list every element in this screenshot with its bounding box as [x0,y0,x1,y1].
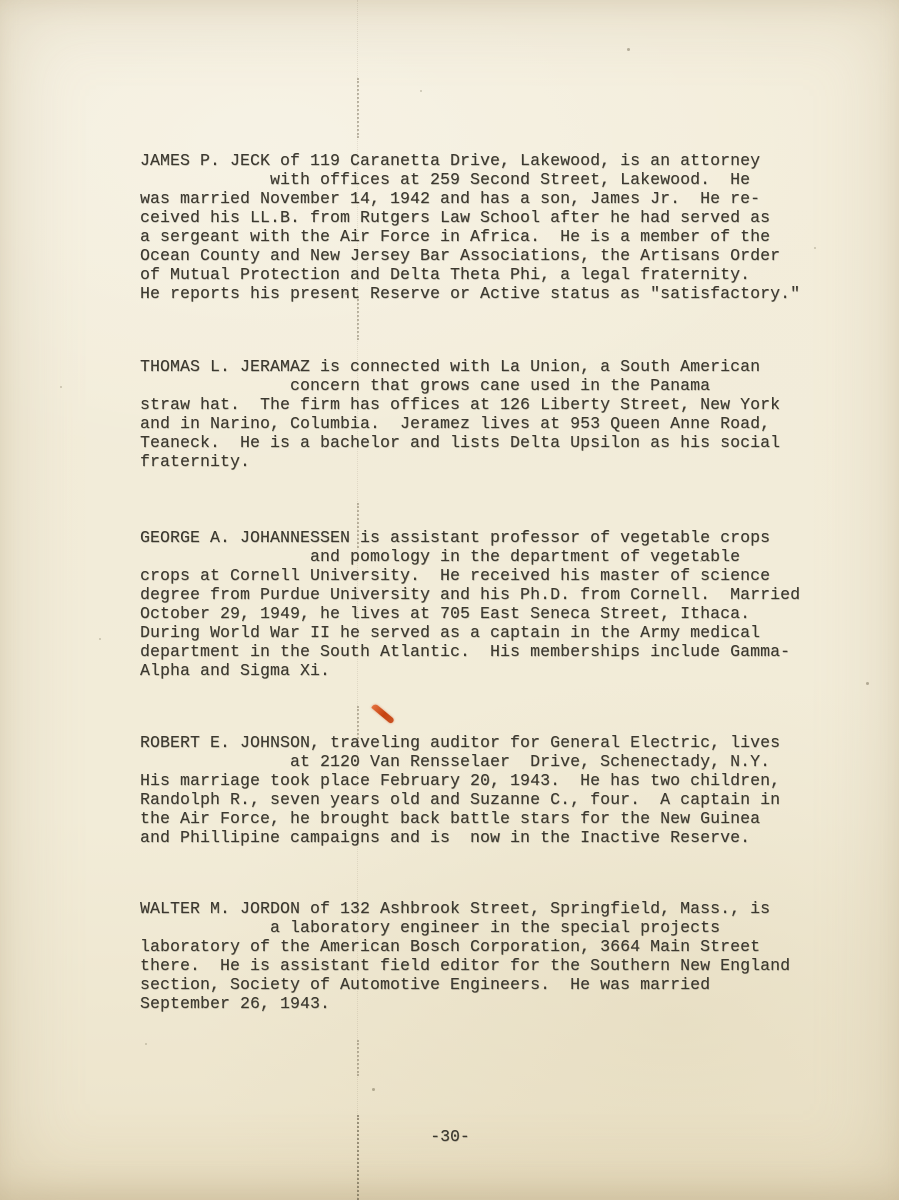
fold-crease-segment [357,1040,359,1076]
entry-walter-m-jordon: WALTER M. JORDON of 132 Ashbrook Street,… [140,899,790,1013]
paper-speck [372,1088,375,1091]
fold-crease-segment [357,78,359,138]
entry-thomas-l-jeramaz: THOMAS L. JERAMAZ is connected with La U… [140,357,780,471]
scanned-directory-page: JAMES P. JECK of 119 Caranetta Drive, La… [0,0,899,1200]
paper-speck [60,386,62,388]
paper-speck [814,247,816,249]
red-crayon-mark [371,703,395,724]
paper-speck [345,292,348,295]
paper-speck [627,48,630,51]
entry-robert-e-johnson: ROBERT E. JOHNSON, traveling auditor for… [140,733,780,847]
paper-speck [99,638,101,640]
paper-speck [420,90,422,92]
paper-speck [700,560,702,562]
entry-james-p-jeck: JAMES P. JECK of 119 Caranetta Drive, La… [140,151,800,303]
paper-speck [866,682,869,685]
page-number: -30- [140,1127,760,1146]
paper-speck [145,1043,147,1045]
entry-george-a-johannessen: GEORGE A. JOHANNESSEN is assistant profe… [140,528,800,680]
